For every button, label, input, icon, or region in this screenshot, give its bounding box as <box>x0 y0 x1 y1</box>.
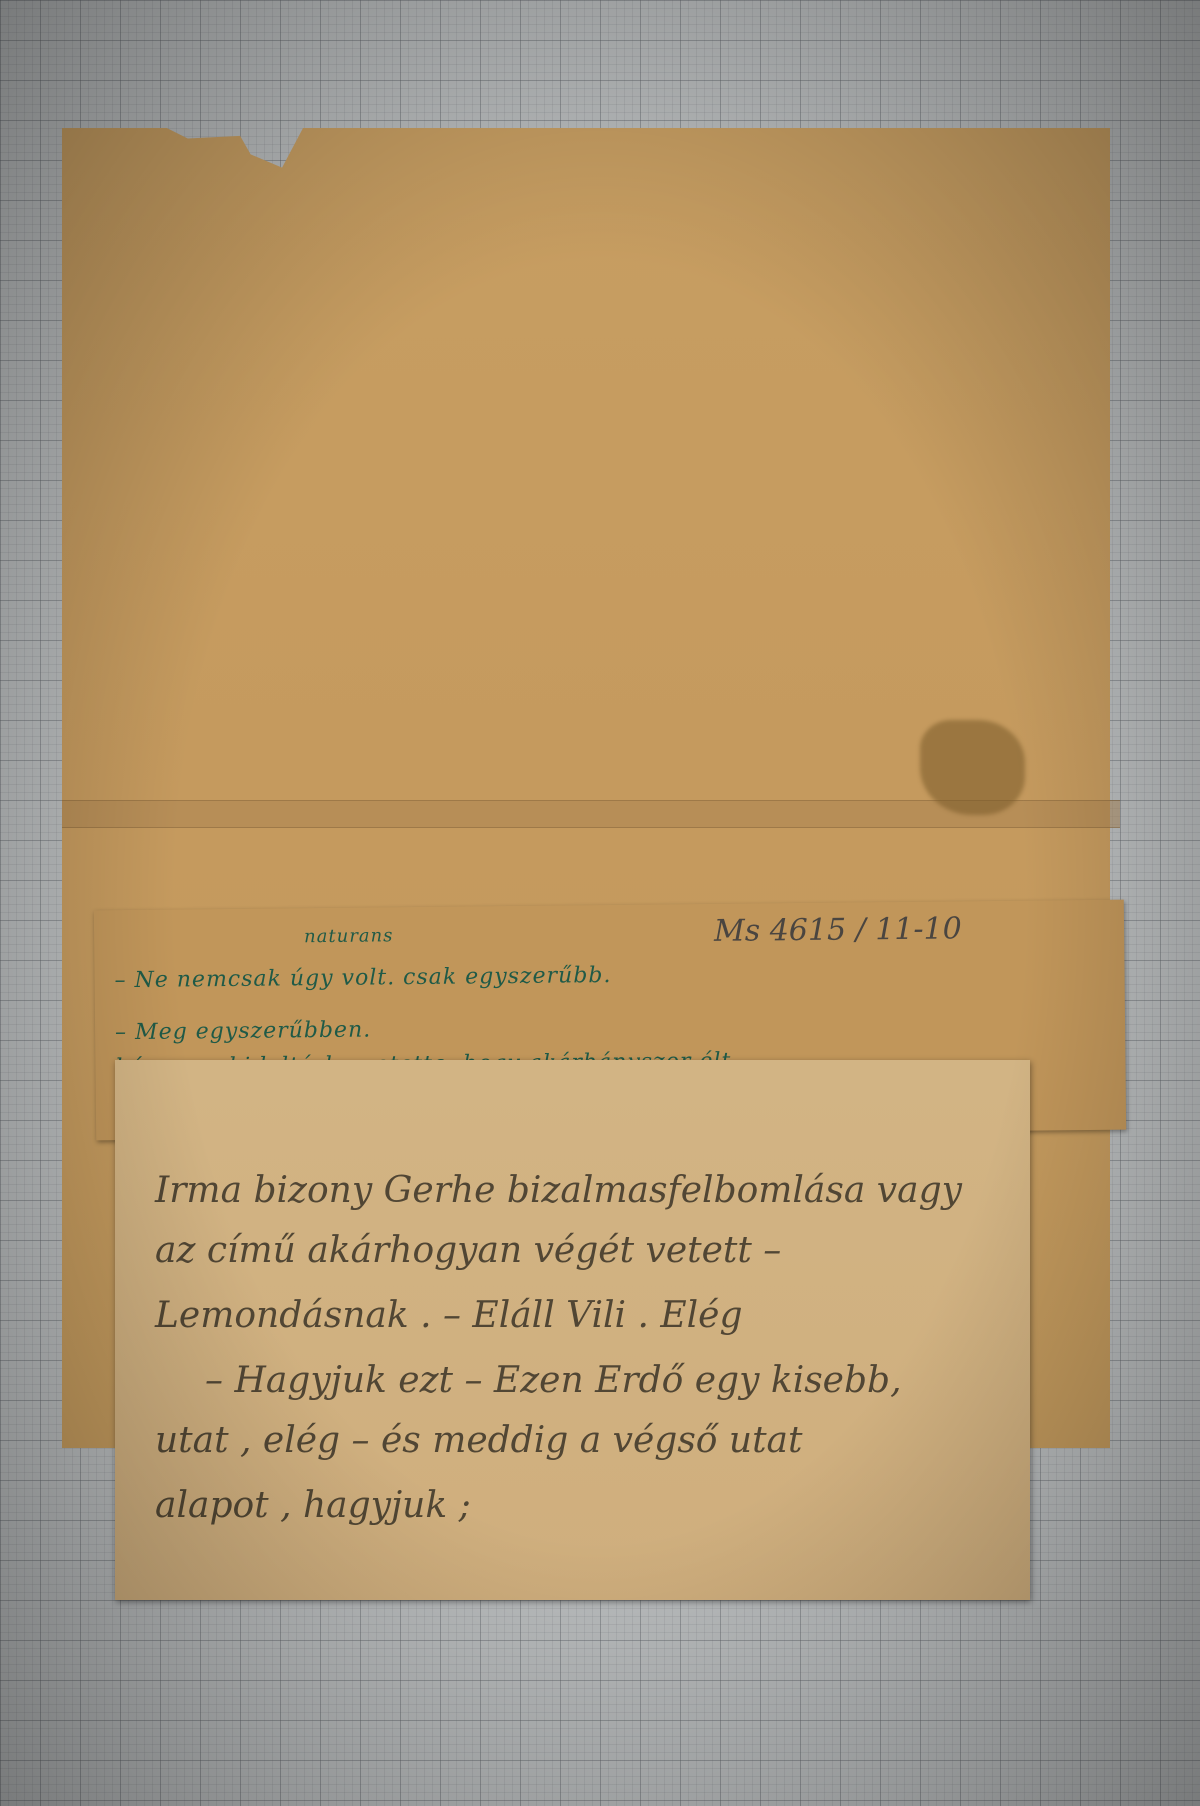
call-number: Ms 4615 / 11-10 <box>714 911 962 949</box>
ink-line: – Ne nemcsak úgy volt. csak egyszerűbb. <box>114 963 611 993</box>
pencil-line: Irma bizony Gerhe bizalmasfelbomlása vag… <box>155 1170 962 1211</box>
pencil-line: alapot , hagyjuk ; <box>155 1485 471 1526</box>
pencil-note-slip: Irma bizony Gerhe bizalmasfelbomlása vag… <box>115 1060 1030 1600</box>
pencil-line: Lemondásnak . – Eláll Vili . Elég <box>155 1295 743 1336</box>
pencil-line: – Hagyjuk ezt – Ezen Erdő egy kisebb, <box>205 1360 902 1401</box>
pencil-line: utat , elég – és meddig a végső utat <box>155 1420 803 1461</box>
ink-line: – Meg egyszerűbben. <box>115 1018 371 1046</box>
pencil-line: az című akárhogyan végét vetett – <box>155 1230 781 1271</box>
paper-stain <box>920 720 1025 815</box>
ink-line: naturans <box>304 925 394 947</box>
